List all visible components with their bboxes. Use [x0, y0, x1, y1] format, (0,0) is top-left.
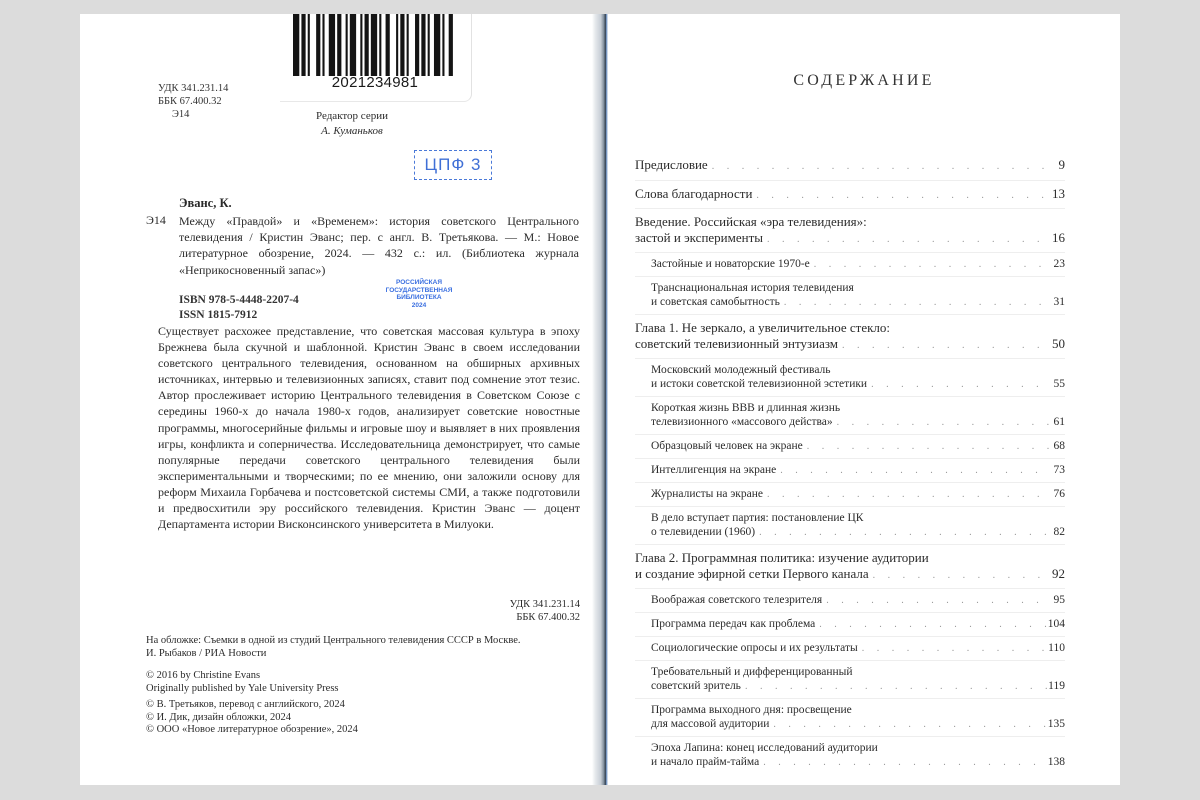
toc-entry-title: Московский молодежный фестиваль — [651, 363, 831, 377]
toc-page-number: 16 — [1049, 230, 1065, 246]
copyright-line: © 2016 by Christine Evans — [146, 670, 586, 683]
toc-page-number: 82 — [1049, 525, 1065, 539]
book-spine — [592, 14, 608, 785]
toc-entry: Московский молодежный фестивальи истоки … — [635, 358, 1065, 396]
dot-leader — [867, 378, 1049, 392]
copyright-line: © ООО «Новое литературное обозрение», 20… — [146, 724, 586, 737]
toc-page-number: 138 — [1048, 755, 1065, 769]
copyright-line: Originally published by Yale University … — [146, 683, 586, 696]
toc-page-number: 61 — [1049, 415, 1065, 429]
toc-page-number: 135 — [1048, 717, 1065, 731]
toc-entry-title: и советская самобытность — [651, 295, 780, 309]
dot-leader — [763, 488, 1049, 502]
cover-note-line: И. Рыбаков / РИА Новости — [146, 647, 586, 660]
classification-codes-top: УДК 341.231.14 ББК 67.400.32 Э14 — [158, 82, 228, 121]
cover-note-line: На обложке: Съемки в одной из студий Цен… — [146, 634, 586, 647]
toc-entry: Социологические опросы и их результаты11… — [635, 636, 1065, 660]
series-editor-label: Редактор серии — [292, 109, 412, 124]
toc-entry-title: Интеллигенция на экране — [651, 463, 776, 477]
toc-page-number: 50 — [1049, 336, 1065, 352]
toc-entry-title: советский зритель — [651, 679, 741, 693]
toc-entry-title: Предисловие — [635, 157, 708, 173]
library-stamp-line: 2024 — [376, 302, 462, 310]
toc-entry-title: телевизионного «массового действа» — [651, 415, 833, 429]
toc-entry: Требовательный и дифференцированныйсовет… — [635, 660, 1065, 698]
cpf-stamp: ЦПФ 3 — [414, 150, 492, 180]
toc-entry-title: Введение. Российская «эра телевидения»: — [635, 214, 867, 230]
toc-page-number: 95 — [1049, 593, 1065, 607]
toc-entry-title: Журналисты на экране — [651, 487, 763, 501]
toc-page-number: 31 — [1049, 295, 1065, 309]
toc-entry-title: Программа выходного дня: просвещение — [651, 703, 852, 717]
toc-entry: Журналисты на экране76 — [635, 482, 1065, 506]
bibliographic-record: Между «Правдой» и «Временем»: история со… — [179, 213, 579, 278]
toc-entry-title: Образцовый человек на экране — [651, 439, 803, 453]
dot-leader — [803, 440, 1049, 454]
dot-leader — [759, 756, 1048, 770]
udk-code: УДК 341.231.14 — [158, 82, 228, 95]
right-page-contents: СОДЕРЖАНИЕ Предисловие9Слова благодарнос… — [608, 14, 1120, 785]
dot-leader — [815, 618, 1047, 632]
toc-entry: Застойные и новаторские 1970-е23 — [635, 252, 1065, 276]
toc-entry: Слова благодарности13 — [635, 180, 1065, 209]
series-editor-name: А. Куманьков — [292, 124, 412, 139]
annotation-text: Существует расхожее представление, что с… — [158, 323, 580, 532]
toc-entry-title: советский телевизионный энтузиазм — [635, 336, 838, 352]
dot-leader — [763, 232, 1049, 248]
toc-entry-title: и начало прайм-тайма — [651, 755, 759, 769]
barcode-icon — [293, 14, 455, 76]
dot-leader — [869, 568, 1049, 584]
toc-entry-title: и создание эфирной сетки Первого канала — [635, 566, 869, 582]
toc-entry-title: Воображая советского телезрителя — [651, 593, 822, 607]
toc-page-number: 73 — [1049, 463, 1065, 477]
dot-leader — [780, 296, 1049, 310]
bbk-code: ББК 67.400.32 — [158, 95, 228, 108]
toc-entry-title: Социологические опросы и их результаты — [651, 641, 858, 655]
library-stamp-line: БИБЛИОТЕКА — [376, 294, 462, 302]
toc-entry: Транснациональная история телевиденияи с… — [635, 276, 1065, 314]
dot-leader — [810, 258, 1049, 272]
dot-leader — [741, 680, 1048, 694]
dot-leader — [708, 159, 1049, 175]
dot-leader — [858, 642, 1048, 656]
toc-entry-title: Программа передач как проблема — [651, 617, 815, 631]
toc-entry-title: Короткая жизнь ВВВ и длинная жизнь — [651, 401, 840, 415]
toc-page-number: 119 — [1048, 679, 1065, 693]
dot-leader — [752, 188, 1049, 204]
toc-entry: Предисловие9 — [635, 152, 1065, 180]
bbk-code: ББК 67.400.32 — [460, 611, 580, 624]
toc-page-number: 55 — [1049, 377, 1065, 391]
toc-entry: Глава 2. Программная политика: изучение … — [635, 544, 1065, 588]
book-spread: 2021234981 УДК 341.231.14 ББК 67.400.32 … — [80, 14, 1120, 785]
toc-entry: Программа передач как проблема104 — [635, 612, 1065, 636]
toc-entry: Образцовый человек на экране68 — [635, 434, 1065, 458]
library-stamp-line: ГОСУДАРСТВЕННАЯ — [376, 287, 462, 295]
toc-entry: Воображая советского телезрителя95 — [635, 588, 1065, 612]
toc-entry: Введение. Российская «эра телевидения»:з… — [635, 208, 1065, 252]
toc-entry: Эпоха Лапина: конец исследований аудитор… — [635, 736, 1065, 774]
toc-entry-title: Глава 2. Программная политика: изучение … — [635, 550, 929, 566]
toc-page-number: 13 — [1049, 186, 1065, 202]
toc-entry-title: и истоки советской телевизионной эстетик… — [651, 377, 867, 391]
toc-entry: Программа выходного дня: просвещениедля … — [635, 698, 1065, 736]
toc-page-number: 23 — [1049, 257, 1065, 271]
toc-entry-title: для массовой аудитории — [651, 717, 769, 731]
copyright-line: © В. Третьяков, перевод с английского, 2… — [146, 699, 586, 712]
isbn: ISBN 978-5-4448-2207-4 — [179, 293, 299, 308]
library-stamp: РОССИЙСКАЯ ГОСУДАРСТВЕННАЯ БИБЛИОТЕКА 20… — [376, 279, 462, 309]
toc-entry-title: В дело вступает партия: постановление ЦК — [651, 511, 863, 525]
toc-entry-title: о телевидении (1960) — [651, 525, 755, 539]
toc-entry: В дело вступает партия: постановление ЦК… — [635, 506, 1065, 544]
left-page-imprint: 2021234981 УДК 341.231.14 ББК 67.400.32 … — [80, 14, 592, 785]
toc-page-number: 9 — [1049, 157, 1065, 173]
series-editor: Редактор серии А. Куманьков — [292, 109, 412, 139]
dot-leader — [838, 338, 1049, 354]
author-mark: Э14 — [158, 108, 228, 121]
issn: ISSN 1815-7912 — [179, 308, 299, 323]
toc-entry-title: застой и эксперименты — [635, 230, 763, 246]
dot-leader — [833, 416, 1049, 430]
toc-title: СОДЕРЖАНИЕ — [608, 72, 1120, 90]
toc-page-number: 68 — [1049, 439, 1065, 453]
barcode-number: 2021234981 — [280, 74, 470, 91]
dot-leader — [776, 464, 1049, 478]
cover-note: На обложке: Съемки в одной из студий Цен… — [146, 634, 586, 660]
toc-entry-title: Слова благодарности — [635, 186, 752, 202]
toc-page-number: 104 — [1048, 617, 1065, 631]
classification-codes-bottom: УДК 341.231.14 ББК 67.400.32 — [460, 598, 580, 624]
toc-page-number: 92 — [1049, 566, 1065, 582]
dot-leader — [769, 718, 1047, 732]
dot-leader — [755, 526, 1049, 540]
library-stamp-line: РОССИЙСКАЯ — [376, 279, 462, 287]
copyright-line: © И. Дик, дизайн обложки, 2024 — [146, 712, 586, 725]
toc-entry-title: Требовательный и дифференцированный — [651, 665, 853, 679]
toc-entry-title: Глава 1. Не зеркало, а увеличительное ст… — [635, 320, 890, 336]
toc-entry: Глава 1. Не зеркало, а увеличительное ст… — [635, 314, 1065, 358]
toc-entry-title: Транснациональная история телевидения — [651, 281, 854, 295]
library-barcode-sticker: 2021234981 — [280, 14, 472, 102]
toc-page-number: 110 — [1048, 641, 1065, 655]
toc-entry: Интеллигенция на экране73 — [635, 458, 1065, 482]
toc-page-number: 76 — [1049, 487, 1065, 501]
udk-code: УДК 341.231.14 — [460, 598, 580, 611]
copyright-block: © 2016 by Christine Evans Originally pub… — [146, 670, 586, 737]
toc-entry-title: Эпоха Лапина: конец исследований аудитор… — [651, 741, 878, 755]
author-heading: Эванс, К. — [179, 196, 232, 211]
dot-leader — [822, 594, 1049, 608]
toc-entry-title: Застойные и новаторские 1970-е — [651, 257, 810, 271]
entry-code: Э14 — [146, 213, 166, 228]
toc-entry: Короткая жизнь ВВВ и длинная жизньтелеви… — [635, 396, 1065, 434]
isbn-block: ISBN 978-5-4448-2207-4 ISSN 1815-7912 — [179, 293, 299, 323]
table-of-contents: Предисловие9Слова благодарности13Введени… — [635, 152, 1065, 774]
